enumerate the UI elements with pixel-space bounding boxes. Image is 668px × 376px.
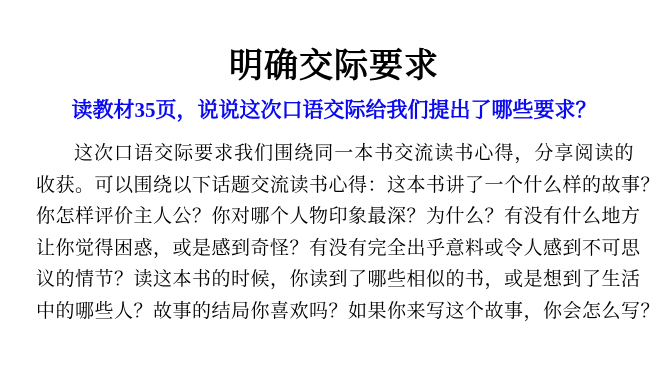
slide-title: 明确交际要求	[0, 46, 668, 86]
body-text-line: 收获。可以围绕以下话题交流读书心得：这本书讲了一个什么样的故事？	[36, 170, 634, 202]
body-text-line: 议的情节？读这本书的时候，你读到了哪些相似的书，或是想到了生活	[36, 264, 634, 296]
body-text-line: 你怎样评价主人公？你对哪个人物印象最深？为什么？有没有什么地方	[36, 201, 634, 233]
slide-subtitle-question: 读教材35页，说说这次口语交际给我们提出了哪些要求？	[0, 97, 668, 123]
body-text-line: 让你觉得困惑，或是感到奇怪？有没有完全出乎意料或令人感到不可思	[36, 233, 634, 265]
body-text-line: 这次口语交际要求我们围绕同一本书交流读书心得，分享阅读的	[36, 138, 634, 170]
slide-body-paragraph: 这次口语交际要求我们围绕同一本书交流读书心得，分享阅读的收获。可以围绕以下话题交…	[36, 138, 634, 327]
presentation-slide: 明确交际要求 读教材35页，说说这次口语交际给我们提出了哪些要求？ 这次口语交际…	[0, 0, 668, 376]
body-text-line: 中的哪些人？故事的结局你喜欢吗？如果你来写这个故事，你会怎么写？	[36, 296, 634, 328]
